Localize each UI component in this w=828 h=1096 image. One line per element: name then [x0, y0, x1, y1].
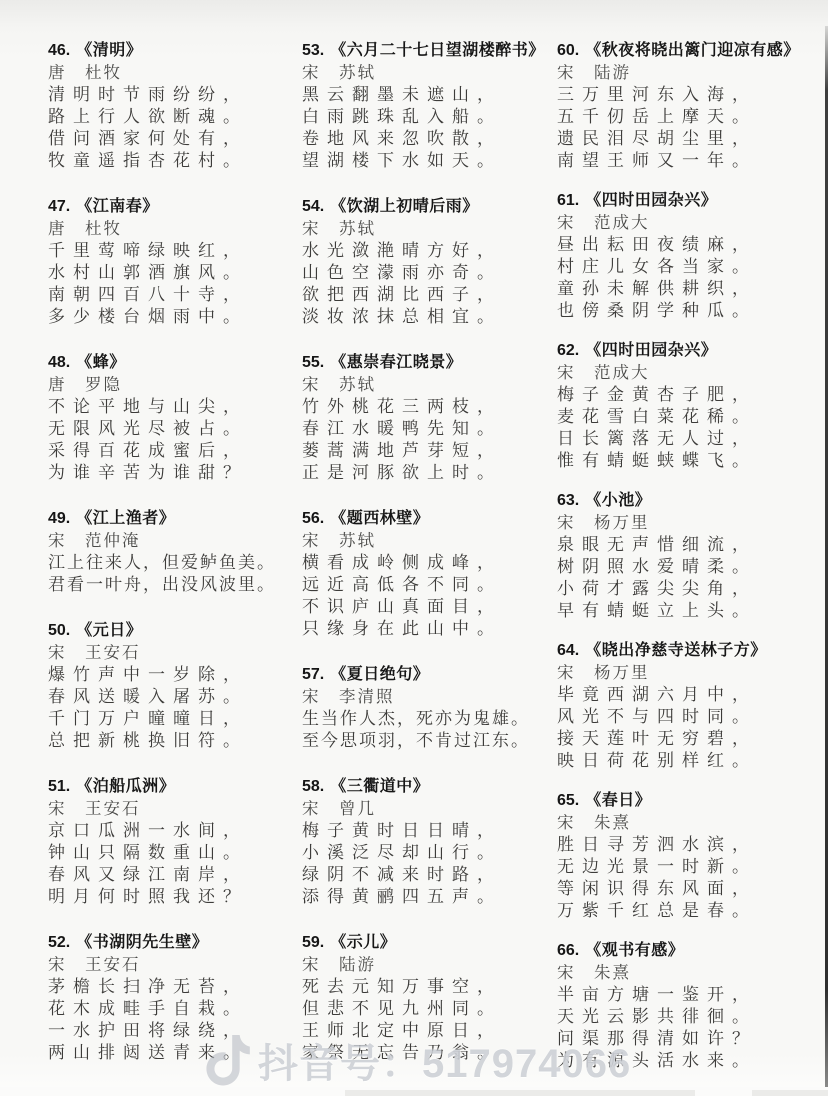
poem-title: 《清明》 [76, 42, 142, 59]
poem-line: 春风又绿江南岸， [48, 864, 296, 886]
poem-line: 胜日寻芳泗水滨， [557, 834, 825, 856]
poem-number: 56. [302, 510, 324, 527]
poem-title: 《春日》 [585, 792, 651, 809]
poem-author: 宋 王安石 [48, 642, 296, 664]
poem-author: 宋 范成大 [557, 362, 825, 384]
poem-line: 正是河豚欲上时。 [302, 462, 552, 484]
poem-block: 46.《清明》 唐 杜牧 清明时节雨纷纷，路上行人欲断魂。借问酒家何处有，牧童遥… [48, 40, 296, 172]
poem-line: 千门万户曈曈日， [48, 708, 296, 730]
poem-line: 半亩方塘一鉴开， [557, 984, 825, 1006]
poem-line: 路上行人欲断魂。 [48, 106, 296, 128]
poem-line: 山色空濛雨亦奇。 [302, 262, 552, 284]
poem-line: 采得百花成蜜后， [48, 440, 296, 462]
bottom-strip-segment [752, 1090, 828, 1096]
poem-line: 无边光景一时新。 [557, 856, 825, 878]
poem-line: 万紫千红总是春。 [557, 900, 825, 922]
poem-line: 绿阴不减来时路， [302, 864, 552, 886]
poem-block: 55.《惠崇春江晓景》 宋 苏轼 竹外桃花三两枝，春江水暖鸭先知。蒌蒿满地芦芽短… [302, 352, 552, 484]
poem-block: 65.《春日》 宋 朱熹 胜日寻芳泗水滨，无边光景一时新。等闲识得东风面，万紫千… [557, 790, 825, 922]
poem-line: 远近高低各不同。 [302, 574, 552, 596]
poem-line: 千里莺啼绿映红， [48, 240, 296, 262]
poem-line: 为有源头活水来。 [557, 1050, 825, 1072]
poem-line: 无限风光尽被占。 [48, 418, 296, 440]
poem-line: 王师北定中原日， [302, 1020, 552, 1042]
poem-line: 日长篱落无人过， [557, 428, 825, 450]
poem-line: 小荷才露尖尖角， [557, 578, 825, 600]
poem-line: 天光云影共徘徊。 [557, 1006, 825, 1028]
poem-block: 47.《江南春》 唐 杜牧 千里莺啼绿映红，水村山郭酒旗风。南朝四百八十寺，多少… [48, 196, 296, 328]
poem-line: 为谁辛苦为谁甜？ [48, 462, 296, 484]
poem-line: 欲把西湖比西子， [302, 284, 552, 306]
poem-author: 宋 陆游 [557, 62, 825, 84]
poem-number: 63. [557, 492, 579, 509]
poem-line: 一水护田将绿绕， [48, 1020, 296, 1042]
poem-line: 竹外桃花三两枝， [302, 396, 552, 418]
poem-author: 宋 苏轼 [302, 374, 552, 396]
poem-block: 64.《晓出净慈寺送林子方》 宋 杨万里 毕竟西湖六月中，风光不与四时同。接天莲… [557, 640, 825, 772]
poem-author: 宋 王安石 [48, 954, 296, 976]
poem-number: 52. [48, 934, 70, 951]
poem-line: 至今思项羽，不肯过江东。 [302, 730, 552, 752]
poem-column-left: 46.《清明》 唐 杜牧 清明时节雨纷纷，路上行人欲断魂。借问酒家何处有，牧童遥… [48, 40, 296, 1088]
poem-line: 接天莲叶无穷碧， [557, 728, 825, 750]
poem-line: 添得黄鹂四五声。 [302, 886, 552, 908]
poem-line: 清明时节雨纷纷， [48, 84, 296, 106]
poem-number: 54. [302, 198, 324, 215]
poem-line: 南望王师又一年。 [557, 150, 825, 172]
poem-title: 《夏日绝句》 [330, 666, 429, 683]
poem-line: 村庄儿女各当家。 [557, 256, 825, 278]
poem-line: 只缘身在此山中。 [302, 618, 552, 640]
poem-block: 62.《四时田园杂兴》 宋 范成大 梅子金黄杏子肥，麦花雪白菜花稀。日长篱落无人… [557, 340, 825, 472]
poem-number: 47. [48, 198, 70, 215]
poem-number: 59. [302, 934, 324, 951]
poem-line: 也傍桑阴学种瓜。 [557, 300, 825, 322]
poem-line: 家祭无忘告乃翁。 [302, 1042, 552, 1064]
poem-line: 牧童遥指杏花村。 [48, 150, 296, 172]
poem-title: 《四时田园杂兴》 [585, 342, 717, 359]
poem-line: 麦花雪白菜花稀。 [557, 406, 825, 428]
poem-line: 死去元知万事空， [302, 976, 552, 998]
poem-number: 49. [48, 510, 70, 527]
poem-author: 宋 朱熹 [557, 962, 825, 984]
poem-line: 但悲不见九州同。 [302, 998, 552, 1020]
poem-line: 早有蜻蜓立上头。 [557, 600, 825, 622]
poem-block: 56.《题西林壁》 宋 苏轼 横看成岭侧成峰，远近高低各不同。不识庐山真面目，只… [302, 508, 552, 640]
poem-line: 卷地风来忽吹散， [302, 128, 552, 150]
poem-title: 《四时田园杂兴》 [585, 192, 717, 209]
poem-line: 梅子黄时日日晴， [302, 820, 552, 842]
poem-title: 《三衢道中》 [330, 778, 429, 795]
poem-block: 58.《三衢道中》 宋 曾几 梅子黄时日日晴，小溪泛尽却山行。绿阴不减来时路，添… [302, 776, 552, 908]
poem-line: 梅子金黄杏子肥， [557, 384, 825, 406]
bottom-strip-segment [345, 1090, 695, 1096]
poem-author: 宋 苏轼 [302, 530, 552, 552]
poem-number: 53. [302, 42, 324, 59]
poem-sheet-page: 46.《清明》 唐 杜牧 清明时节雨纷纷，路上行人欲断魂。借问酒家何处有，牧童遥… [0, 0, 828, 1096]
poem-block: 48.《蜂》 唐 罗隐 不论平地与山尖，无限风光尽被占。采得百花成蜜后，为谁辛苦… [48, 352, 296, 484]
poem-line: 春江水暖鸭先知。 [302, 418, 552, 440]
poem-line: 江上往来人，但爱鲈鱼美。 [48, 552, 296, 574]
poem-line: 明月何时照我还？ [48, 886, 296, 908]
poem-title: 《泊船瓜洲》 [76, 778, 175, 795]
poem-title: 《示儿》 [330, 934, 396, 951]
poem-line: 水村山郭酒旗风。 [48, 262, 296, 284]
poem-line: 君看一叶舟，出没风波里。 [48, 574, 296, 596]
poem-line: 童孙未解供耕织， [557, 278, 825, 300]
poem-title: 《江南春》 [76, 198, 159, 215]
poem-block: 50.《元日》 宋 王安石 爆竹声中一岁除，春风送暖入屠苏。千门万户曈曈日，总把… [48, 620, 296, 752]
poem-line: 两山排闼送青来。 [48, 1042, 296, 1064]
poem-title: 《饮湖上初晴后雨》 [330, 198, 479, 215]
poem-line: 水光潋滟晴方好， [302, 240, 552, 262]
poem-line: 问渠那得清如许？ [557, 1028, 825, 1050]
poem-title: 《元日》 [76, 622, 142, 639]
poem-line: 树阴照水爱晴柔。 [557, 556, 825, 578]
poem-number: 58. [302, 778, 324, 795]
poem-number: 65. [557, 792, 579, 809]
poem-author: 唐 杜牧 [48, 62, 296, 84]
poem-number: 62. [557, 342, 579, 359]
poem-number: 46. [48, 42, 70, 59]
poem-block: 49.《江上渔者》 宋 范仲淹 江上往来人，但爱鲈鱼美。君看一叶舟，出没风波里。 [48, 508, 296, 596]
poem-line: 三万里河东入海， [557, 84, 825, 106]
poem-block: 54.《饮湖上初晴后雨》 宋 苏轼 水光潋滟晴方好，山色空濛雨亦奇。欲把西湖比西… [302, 196, 552, 328]
poem-title: 《蜂》 [76, 354, 126, 371]
poem-line: 毕竟西湖六月中， [557, 684, 825, 706]
poem-line: 泉眼无声惜细流， [557, 534, 825, 556]
poem-author: 宋 杨万里 [557, 512, 825, 534]
poem-line: 南朝四百八十寺， [48, 284, 296, 306]
poem-column-right: 60.《秋夜将晓出篱门迎凉有感》 宋 陆游 三万里河东入海，五千仞岳上摩天。遗民… [557, 40, 825, 1090]
poem-title: 《六月二十七日望湖楼醉书》 [330, 42, 545, 59]
poem-line: 横看成岭侧成峰， [302, 552, 552, 574]
poem-author: 宋 曾几 [302, 798, 552, 820]
poem-author: 宋 苏轼 [302, 218, 552, 240]
poem-author: 宋 陆游 [302, 954, 552, 976]
poem-line: 望湖楼下水如天。 [302, 150, 552, 172]
poem-line: 爆竹声中一岁除， [48, 664, 296, 686]
poem-line: 遗民泪尽胡尘里， [557, 128, 825, 150]
poem-line: 映日荷花别样红。 [557, 750, 825, 772]
poem-line: 钟山只隔数重山。 [48, 842, 296, 864]
poem-author: 宋 朱熹 [557, 812, 825, 834]
poem-title: 《题西林壁》 [330, 510, 429, 527]
poem-title: 《小池》 [585, 492, 651, 509]
poem-line: 花木成畦手自栽。 [48, 998, 296, 1020]
poem-author: 宋 范仲淹 [48, 530, 296, 552]
poem-block: 57.《夏日绝句》 宋 李清照 生当作人杰，死亦为鬼雄。至今思项羽，不肯过江东。 [302, 664, 552, 752]
poem-line: 等闲识得东风面， [557, 878, 825, 900]
poem-block: 61.《四时田园杂兴》 宋 范成大 昼出耘田夜绩麻，村庄儿女各当家。童孙未解供耕… [557, 190, 825, 322]
poem-title: 《惠崇春江晓景》 [330, 354, 462, 371]
poem-block: 66.《观书有感》 宋 朱熹 半亩方塘一鉴开，天光云影共徘徊。问渠那得清如许？为… [557, 940, 825, 1072]
poem-block: 53.《六月二十七日望湖楼醉书》 宋 苏轼 黑云翻墨未遮山，白雨跳珠乱入船。卷地… [302, 40, 552, 172]
poem-number: 66. [557, 942, 579, 959]
poem-line: 黑云翻墨未遮山， [302, 84, 552, 106]
bottom-page-strip [0, 1087, 828, 1096]
poem-author: 宋 王安石 [48, 798, 296, 820]
poem-number: 57. [302, 666, 324, 683]
poem-line: 昼出耘田夜绩麻， [557, 234, 825, 256]
poem-line: 不识庐山真面目， [302, 596, 552, 618]
poem-number: 51. [48, 778, 70, 795]
poem-title: 《书湖阴先生壁》 [76, 934, 208, 951]
poem-block: 51.《泊船瓜洲》 宋 王安石 京口瓜洲一水间，钟山只隔数重山。春风又绿江南岸，… [48, 776, 296, 908]
poem-author: 宋 范成大 [557, 212, 825, 234]
poem-title: 《秋夜将晓出篱门迎凉有感》 [585, 42, 800, 59]
poem-block: 59.《示儿》 宋 陆游 死去元知万事空，但悲不见九州同。王师北定中原日，家祭无… [302, 932, 552, 1064]
poem-number: 48. [48, 354, 70, 371]
poem-author: 宋 苏轼 [302, 62, 552, 84]
poem-number: 55. [302, 354, 324, 371]
poem-author: 宋 李清照 [302, 686, 552, 708]
poem-title: 《观书有感》 [585, 942, 684, 959]
poem-number: 60. [557, 42, 579, 59]
poem-title: 《江上渔者》 [76, 510, 175, 527]
poem-title: 《晓出净慈寺送林子方》 [585, 642, 767, 659]
poem-line: 总把新桃换旧符。 [48, 730, 296, 752]
poem-line: 茅檐长扫净无苔， [48, 976, 296, 998]
poem-line: 多少楼台烟雨中。 [48, 306, 296, 328]
poem-column-middle: 53.《六月二十七日望湖楼醉书》 宋 苏轼 黑云翻墨未遮山，白雨跳珠乱入船。卷地… [302, 40, 552, 1088]
poem-number: 64. [557, 642, 579, 659]
poem-line: 五千仞岳上摩天。 [557, 106, 825, 128]
poem-line: 惟有蜻蜓蛱蝶飞。 [557, 450, 825, 472]
poem-line: 蒌蒿满地芦芽短， [302, 440, 552, 462]
poem-author: 唐 杜牧 [48, 218, 296, 240]
poem-block: 63.《小池》 宋 杨万里 泉眼无声惜细流，树阴照水爱晴柔。小荷才露尖尖角，早有… [557, 490, 825, 622]
poem-author: 唐 罗隐 [48, 374, 296, 396]
poem-line: 小溪泛尽却山行。 [302, 842, 552, 864]
poem-line: 白雨跳珠乱入船。 [302, 106, 552, 128]
poem-line: 风光不与四时同。 [557, 706, 825, 728]
poem-line: 淡妆浓抹总相宜。 [302, 306, 552, 328]
poem-block: 52.《书湖阴先生壁》 宋 王安石 茅檐长扫净无苔，花木成畦手自栽。一水护田将绿… [48, 932, 296, 1064]
poem-number: 61. [557, 192, 579, 209]
poem-line: 不论平地与山尖， [48, 396, 296, 418]
poem-line: 生当作人杰，死亦为鬼雄。 [302, 708, 552, 730]
poem-number: 50. [48, 622, 70, 639]
poem-line: 春风送暖入屠苏。 [48, 686, 296, 708]
poem-line: 借问酒家何处有， [48, 128, 296, 150]
poem-block: 60.《秋夜将晓出篱门迎凉有感》 宋 陆游 三万里河东入海，五千仞岳上摩天。遗民… [557, 40, 825, 172]
poem-line: 京口瓜洲一水间， [48, 820, 296, 842]
poem-author: 宋 杨万里 [557, 662, 825, 684]
